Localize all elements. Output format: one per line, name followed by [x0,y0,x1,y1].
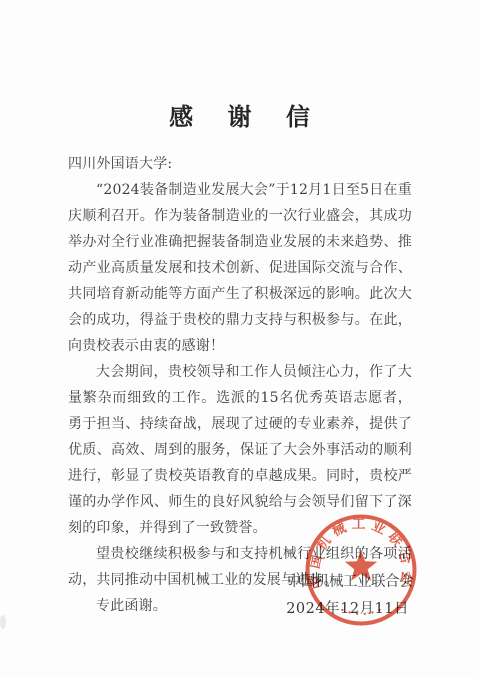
letter-page: 感 谢 信 四川外国语大学: “2024装备制造业发展大会”于12月1日至5日在… [0,0,479,678]
seal-serial-marks [341,609,381,615]
seal-star-icon [345,550,377,581]
official-seal-stamp: 中国机械工业联合会 [303,510,419,630]
salutation: 四川外国语大学: [68,151,412,177]
paragraph-1: “2024装备制造业发展大会”于12月1日至5日在重庆顺利召开。作为装备制造业的… [68,177,412,359]
scan-smudge [0,615,6,629]
letter-title: 感 谢 信 [0,97,479,132]
